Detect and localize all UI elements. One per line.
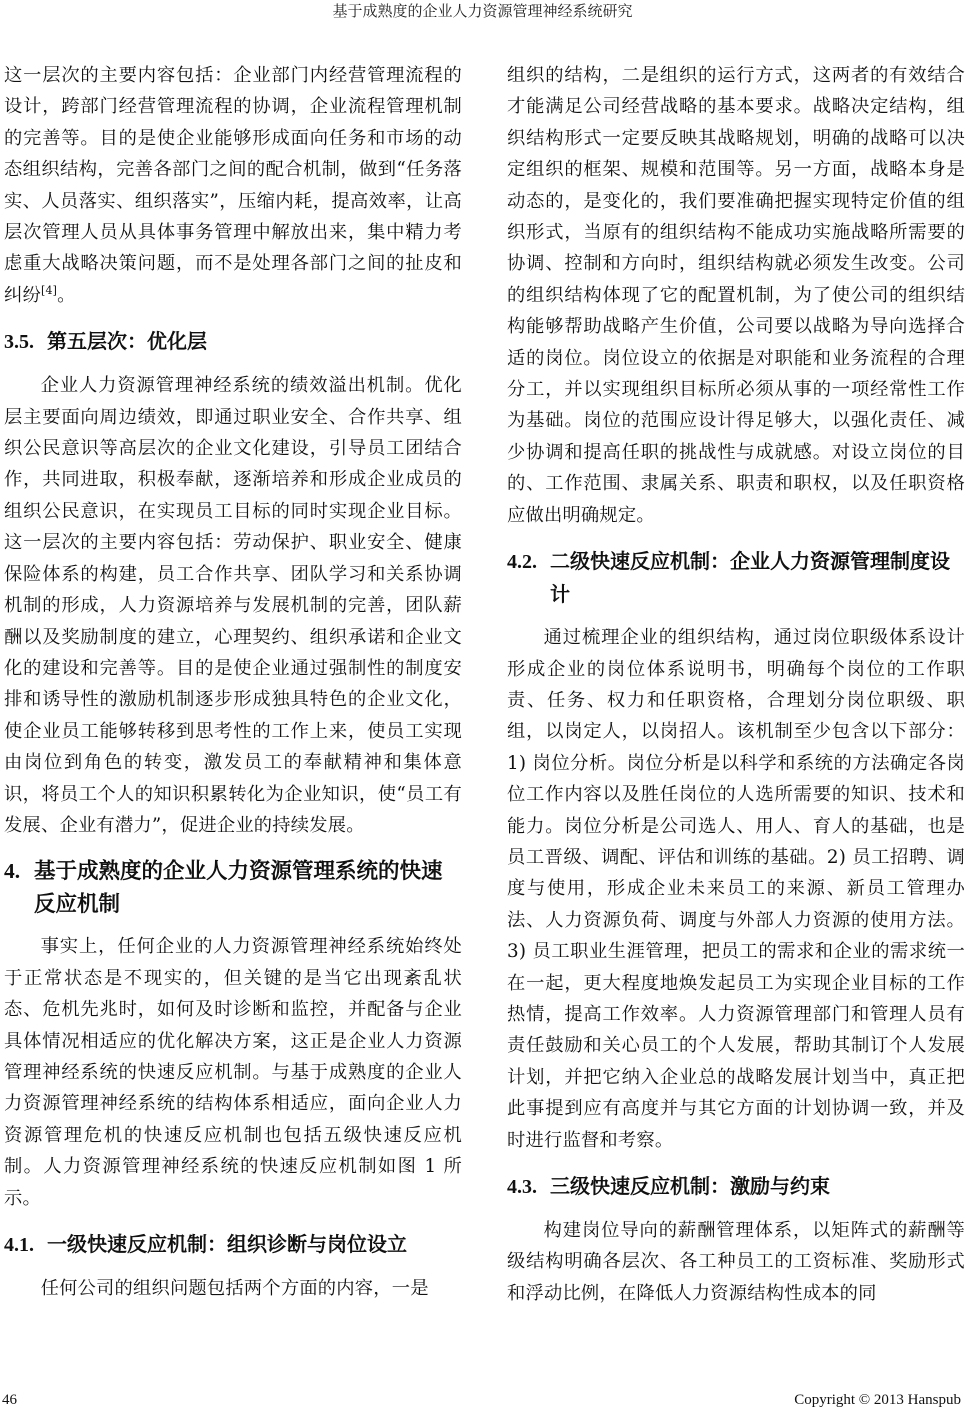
section-number: 4.3.	[507, 1171, 550, 1203]
section-heading-3-5: 3.5.第五层次：优化层	[4, 325, 462, 358]
section-title: 一级快速反应机制：组织诊断与岗位设立	[47, 1232, 407, 1256]
section-number: 4.	[4, 855, 34, 888]
section-title: 二级快速反应机制：企业人力资源管理制度设计	[550, 549, 950, 606]
page-number: 46	[2, 1392, 17, 1409]
paragraph: 这一层次的主要内容包括：企业部门内经营管理流程的设计，跨部门经营管理流程的协调，…	[4, 60, 462, 311]
section-heading-4: 4.基于成熟度的企业人力资源管理系统的快速反应机制	[4, 855, 462, 921]
section-heading-4-2: 4.2.二级快速反应机制：企业人力资源管理制度设计	[507, 545, 965, 610]
citation-ref[interactable]: [4]	[41, 284, 57, 297]
left-column: 这一层次的主要内容包括：企业部门内经营管理流程的设计，跨部门经营管理流程的协调，…	[4, 60, 462, 1304]
section-number: 4.1.	[4, 1229, 47, 1261]
paragraph: 通过梳理企业的组织结构，通过岗位职级体系设计形成企业的岗位体系说明书，明确每个岗…	[507, 622, 965, 1156]
paragraph: 事实上，任何企业的人力资源管理神经系统始终处于正常状态是不现实的，但关键的是当它…	[4, 931, 462, 1214]
section-number: 3.5.	[4, 326, 47, 358]
paragraph-text: 。	[57, 285, 75, 306]
running-header: 基于成熟度的企业人力资源管理神经系统研究	[0, 0, 965, 24]
paragraph: 任何公司的组织问题包括两个方面的内容，一是	[4, 1273, 462, 1304]
section-title: 基于成熟度的企业人力资源管理系统的快速反应机制	[34, 859, 443, 917]
right-column: 组织的结构，二是组织的运行方式，这两者的有效结合才能满足公司经营战略的基本要求。…	[507, 60, 965, 1309]
section-title: 第五层次：优化层	[47, 329, 207, 353]
section-heading-4-3: 4.3.三级快速反应机制：激励与约束	[507, 1170, 965, 1203]
paragraph-text: 这一层次的主要内容包括：企业部门内经营管理流程的设计，跨部门经营管理流程的协调，…	[4, 65, 462, 306]
section-heading-4-1: 4.1.一级快速反应机制：组织诊断与岗位设立	[4, 1228, 462, 1261]
paragraph: 组织的结构，二是组织的运行方式，这两者的有效结合才能满足公司经营战略的基本要求。…	[507, 60, 965, 531]
section-number: 4.2.	[507, 546, 550, 578]
paragraph: 企业人力资源管理神经系统的绩效溢出机制。优化层主要面向周边绩效，即通过职业安全、…	[4, 370, 462, 841]
copyright-notice: Copyright © 2013 Hanspub	[794, 1392, 961, 1409]
paragraph: 构建岗位导向的薪酬管理体系，以矩阵式的薪酬等级结构明确各层次、各工种员工的工资标…	[507, 1215, 965, 1309]
section-title: 三级快速反应机制：激励与约束	[550, 1174, 830, 1198]
